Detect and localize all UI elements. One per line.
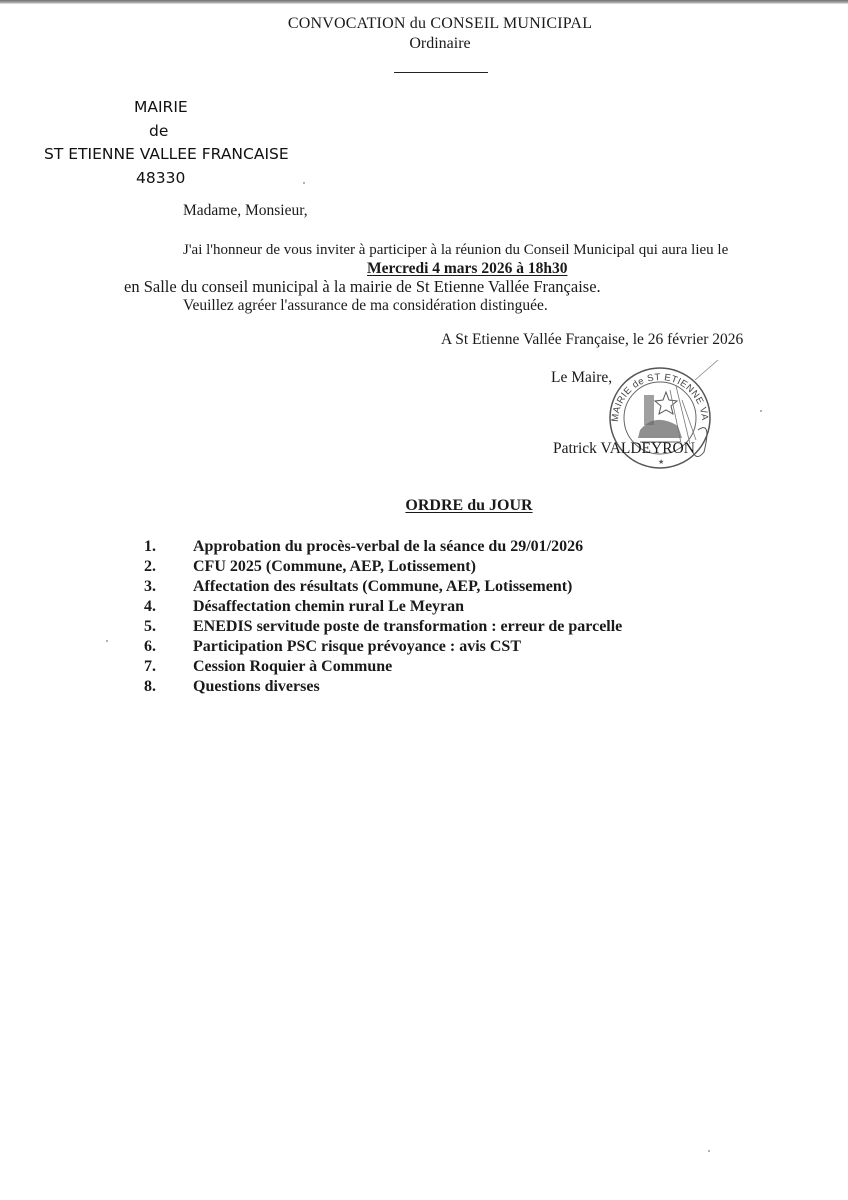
title-divider bbox=[394, 72, 488, 73]
salutation: Madame, Monsieur, bbox=[183, 201, 308, 221]
agenda-item-label: Participation PSC risque prévoyance : av… bbox=[193, 638, 521, 655]
agenda-item-number: 7. bbox=[144, 657, 193, 677]
scan-speck bbox=[708, 1150, 710, 1152]
agenda-item-label: ENEDIS servitude poste de transformation… bbox=[193, 618, 622, 635]
agenda-item: 4.Désaffectation chemin rural Le Meyran bbox=[144, 597, 622, 617]
sender-line-de: de bbox=[28, 120, 328, 144]
agenda-item-number: 3. bbox=[144, 577, 193, 597]
sender-block: MAIRIE de ST ETIENNE VALLEE FRANCAISE 48… bbox=[28, 96, 328, 190]
scan-speck bbox=[760, 410, 762, 412]
agenda-item-label: Approbation du procès-verbal de la séanc… bbox=[193, 538, 583, 555]
agenda-item: 6.Participation PSC risque prévoyance : … bbox=[144, 637, 622, 657]
stamp-text: MAIRIE de ST ETIENNE VALLEE FRANCAISE bbox=[600, 360, 710, 422]
agenda-list: 1.Approbation du procès-verbal de la séa… bbox=[144, 537, 622, 697]
agenda-item-label: Questions diverses bbox=[193, 678, 320, 695]
agenda-item-number: 8. bbox=[144, 677, 193, 697]
scan-speck bbox=[303, 182, 305, 184]
agenda-item: 2.CFU 2025 (Commune, AEP, Lotissement) bbox=[144, 557, 622, 577]
agenda-item-number: 4. bbox=[144, 597, 193, 617]
document-title: CONVOCATION du CONSEIL MUNICIPAL bbox=[0, 14, 848, 34]
scan-speck bbox=[106, 640, 108, 642]
agenda-item: 5.ENEDIS servitude poste de transformati… bbox=[144, 617, 622, 637]
agenda-item-label: CFU 2025 (Commune, AEP, Lotissement) bbox=[193, 558, 476, 575]
meeting-datetime: Mercredi 4 mars 2026 à 18h30 bbox=[367, 259, 567, 279]
signatory-name: Patrick VALDEYRON bbox=[553, 439, 695, 459]
scan-edge bbox=[0, 0, 848, 4]
agenda-item: 8.Questions diverses bbox=[144, 677, 622, 697]
document-subtitle: Ordinaire bbox=[0, 34, 848, 54]
agenda-item-number: 6. bbox=[144, 637, 193, 657]
agenda-item-number: 1. bbox=[144, 537, 193, 557]
agenda-item: 3.Affectation des résultats (Commune, AE… bbox=[144, 577, 622, 597]
svg-text:★: ★ bbox=[658, 458, 664, 466]
place-and-date: A St Etienne Vallée Française, le 26 fév… bbox=[441, 330, 743, 350]
agenda-item: 1.Approbation du procès-verbal de la séa… bbox=[144, 537, 622, 557]
sender-line-mairie: MAIRIE bbox=[28, 96, 328, 120]
svg-text:MAIRIE de ST ETIENNE VALLEE FR: MAIRIE de ST ETIENNE VALLEE FRANCAISE bbox=[600, 360, 710, 422]
agenda-item-label: Cession Roquier à Commune bbox=[193, 658, 392, 675]
sender-postal-code: 48330 bbox=[28, 167, 328, 191]
agenda-title: ORDRE du JOUR bbox=[0, 497, 848, 515]
sender-commune: ST ETIENNE VALLEE FRANCAISE bbox=[28, 143, 328, 167]
meeting-location: en Salle du conseil municipal à la mairi… bbox=[124, 277, 601, 297]
invitation-text: J'ai l'honneur de vous inviter à partici… bbox=[183, 240, 728, 260]
agenda-item-label: Affectation des résultats (Commune, AEP,… bbox=[193, 578, 572, 595]
agenda-item: 7.Cession Roquier à Commune bbox=[144, 657, 622, 677]
agenda-item-label: Désaffectation chemin rural Le Meyran bbox=[193, 598, 464, 615]
closing-formula: Veuillez agréer l'assurance de ma consid… bbox=[183, 296, 548, 316]
agenda-item-number: 2. bbox=[144, 557, 193, 577]
agenda-item-number: 5. bbox=[144, 617, 193, 637]
